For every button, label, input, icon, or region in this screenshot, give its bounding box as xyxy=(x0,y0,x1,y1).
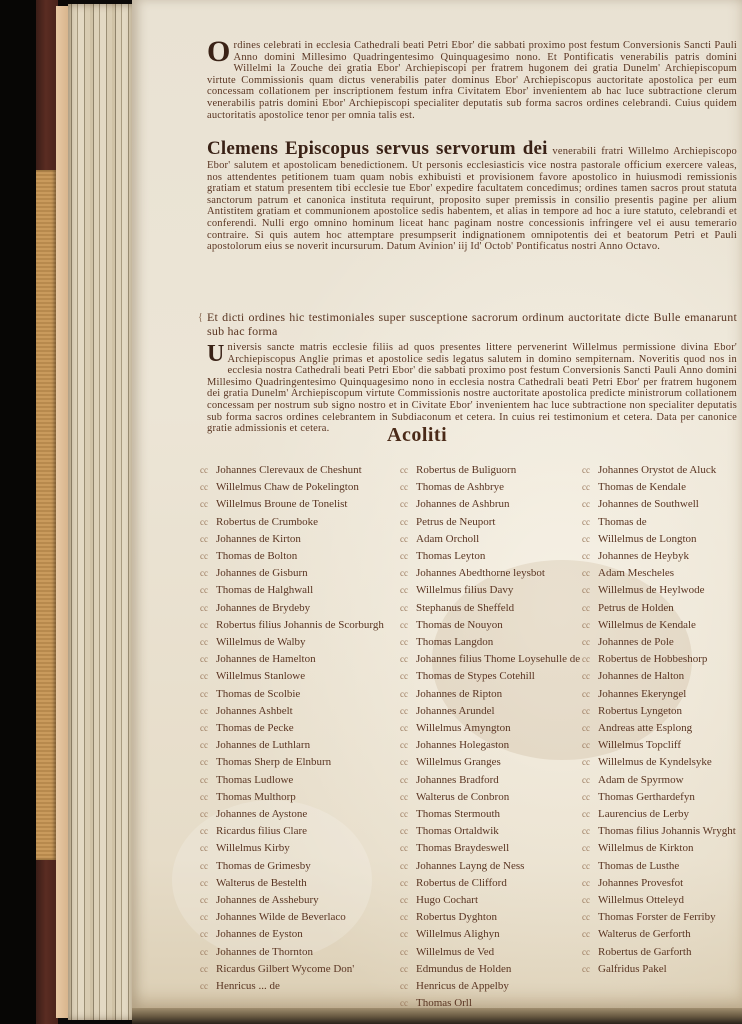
entry-mark-icon: cc xyxy=(200,858,208,875)
acolyte-name-entry: ccJohannes de Luthlarn xyxy=(200,737,385,754)
acolyte-name: Johannes Ashbelt xyxy=(216,705,293,717)
acolyte-name-entry: ccThomas de Halghwall xyxy=(200,582,385,599)
acolyte-name-entry: ccWillelmus de Longton xyxy=(582,531,742,548)
acolyte-name-entry: ccRobertus Lyngeton xyxy=(582,703,742,720)
acolyte-name-entry: ccWillelmus de Heylwode xyxy=(582,582,742,599)
acolyte-name-entry: ccThomas filius Johannis Wryght xyxy=(582,823,742,840)
entry-mark-icon: cc xyxy=(400,840,408,857)
acolyte-name: Thomas de Nouyon xyxy=(416,619,503,631)
acolyte-name: Johannes de Ripton xyxy=(416,688,502,700)
acolyte-name: Thomas Stermouth xyxy=(416,808,500,820)
acolyte-name: Johannes Clerevaux de Cheshunt xyxy=(216,464,362,476)
acoliti-column-3: ccJohannes Orystot de AluckccThomas de K… xyxy=(582,462,742,978)
acolyte-name-entry: ccRobertus de Garforth xyxy=(582,944,742,961)
acolyte-name: Johannes Layng de Ness xyxy=(416,860,524,872)
acolyte-name-entry: ccRobertus filius Johannis de Scorburgh xyxy=(200,617,385,634)
acolyte-name-entry: ccJohannes Bradford xyxy=(400,772,585,789)
entry-mark-icon: cc xyxy=(200,617,208,634)
acolyte-name: Johannes Ekeryngel xyxy=(598,688,686,700)
entry-mark-icon: cc xyxy=(200,840,208,857)
acolyte-name-entry: ccPetrus de Neuport xyxy=(400,514,585,531)
entry-mark-icon: cc xyxy=(200,772,208,789)
acolyte-name-entry: ccJohannes de Eyston xyxy=(200,926,385,943)
acolyte-name: Willelmus de Longton xyxy=(598,533,697,545)
entry-mark-icon: cc xyxy=(200,961,208,978)
acolyte-name: Thomas de Pecke xyxy=(216,722,294,734)
acolyte-name-entry: ccWillelmus Broune de Tonelist xyxy=(200,496,385,513)
acolyte-name: Willelmus Otteleyd xyxy=(598,894,684,906)
acolyte-name: Johannes de Ashbrun xyxy=(416,498,510,510)
acolyte-name-entry: ccJohannes de Heybyk xyxy=(582,548,742,565)
acolyte-name-entry: ccJohannes de Ripton xyxy=(400,686,585,703)
acolyte-name-entry: ccHenricus de Appelby xyxy=(400,978,585,995)
acolyte-name: Willelmus Alighyn xyxy=(416,928,500,940)
entry-mark-icon: cc xyxy=(582,600,590,617)
acolyte-name: Johannes de Luthlarn xyxy=(216,739,310,751)
entry-mark-icon: cc xyxy=(582,703,590,720)
acolyte-name-entry: ccJohannes de Thornton xyxy=(200,944,385,961)
entry-mark-icon: cc xyxy=(400,462,408,479)
acolyte-name: Johannes Bradford xyxy=(416,774,499,786)
photo-background xyxy=(0,0,38,1024)
acolyte-name-entry: ccThomas Ludlowe xyxy=(200,772,385,789)
testimonial-paragraph: Et dicti ordines hic testimoniales super… xyxy=(207,310,737,338)
acolyte-name: Thomas de Lusthe xyxy=(598,860,679,872)
acolyte-name-entry: ccLaurencius de Lerby xyxy=(582,806,742,823)
decorated-initial-o: O xyxy=(207,40,231,64)
entry-mark-icon: cc xyxy=(582,875,590,892)
entry-mark-icon: cc xyxy=(400,720,408,737)
entry-mark-icon: cc xyxy=(582,944,590,961)
entry-mark-icon: cc xyxy=(200,875,208,892)
acolyte-name-entry: ccPetrus de Holden xyxy=(582,600,742,617)
acolyte-name: Thomas Braydeswell xyxy=(416,842,509,854)
bull-opening-words: Clemens Episcopus servus servorum dei xyxy=(207,138,548,159)
acolyte-name: Willelmus Granges xyxy=(416,756,501,768)
acolyte-name: Johannes filius Thome Loysehulle de xyxy=(416,653,580,665)
acolyte-name: Henricus ... de xyxy=(216,980,280,992)
acolyte-name-entry: ccJohannes de Brydeby xyxy=(200,600,385,617)
entry-mark-icon: cc xyxy=(200,565,208,582)
acolyte-name-entry: ccRobertus de Clifford xyxy=(400,875,585,892)
acolyte-name-entry: ccWillelmus Chaw de Pokelington xyxy=(200,479,385,496)
acolyte-name-entry: ccThomas de Stypes Cotehill xyxy=(400,668,585,685)
acolyte-name-entry: ccJohannes Holegaston xyxy=(400,737,585,754)
entry-mark-icon: cc xyxy=(200,686,208,703)
acolyte-name: Willelmus Kirby xyxy=(216,842,290,854)
entry-mark-icon: cc xyxy=(400,651,408,668)
acolyte-name: Willelmus de Kyndelsyke xyxy=(598,756,712,768)
acolyte-name: Thomas de Halghwall xyxy=(216,584,313,596)
acolyte-name-entry: ccThomas de Nouyon xyxy=(400,617,585,634)
acolyte-name-entry: ccThomas Gerthardefyn xyxy=(582,789,742,806)
entry-mark-icon: cc xyxy=(200,651,208,668)
margin-bracket-mark: { xyxy=(198,312,203,323)
entry-mark-icon: cc xyxy=(200,789,208,806)
acolyte-name-entry: ccJohannes Abedthorne leysbot xyxy=(400,565,585,582)
acolyte-name-entry: ccWalterus de Conbron xyxy=(400,789,585,806)
entry-mark-icon: cc xyxy=(200,462,208,479)
acolyte-name: Thomas de Scolbie xyxy=(216,688,300,700)
acolyte-name-entry: ccJohannes Wilde de Beverlaco xyxy=(200,909,385,926)
acolyte-name: Willelmus de Ved xyxy=(416,946,494,958)
acolyte-name: Johannes Arundel xyxy=(416,705,495,717)
entry-mark-icon: cc xyxy=(200,720,208,737)
acolyte-name: Johannes Wilde de Beverlaco xyxy=(216,911,346,923)
entry-mark-icon: cc xyxy=(200,531,208,548)
acolyte-name: Thomas de Stypes Cotehill xyxy=(416,670,535,682)
acoliti-heading: Acoliti xyxy=(387,424,447,447)
acolyte-name-entry: ccJohannes Ashbelt xyxy=(200,703,385,720)
acolyte-name: Robertus de Buliguorn xyxy=(416,464,516,476)
entry-mark-icon: cc xyxy=(582,479,590,496)
acoliti-column-1: ccJohannes Clerevaux de CheshuntccWillel… xyxy=(200,462,385,995)
acolyte-name-entry: ccJohannes de Aystone xyxy=(200,806,385,823)
acolyte-name-entry: ccHenricus ... de xyxy=(200,978,385,995)
acolyte-name: Galfridus Pakel xyxy=(598,963,667,975)
acolyte-name-entry: ccEdmundus de Holden xyxy=(400,961,585,978)
entry-mark-icon: cc xyxy=(400,926,408,943)
acolyte-name-entry: ccThomas de Bolton xyxy=(200,548,385,565)
acolyte-name-entry: ccThomas de Lusthe xyxy=(582,858,742,875)
entry-mark-icon: cc xyxy=(200,479,208,496)
acolyte-name: Adam Mescheles xyxy=(598,567,674,579)
page-edges-stack xyxy=(68,4,134,1020)
acolyte-name: Willelmus de Heylwode xyxy=(598,584,704,596)
acolyte-name-entry: ccWillelmus Alighyn xyxy=(400,926,585,943)
acolyte-name-entry: ccJohannes Provesfot xyxy=(582,875,742,892)
acolyte-name-entry: ccWillelmus de Kirkton xyxy=(582,840,742,857)
acolyte-name-entry: ccRicardus Gilbert Wycome Don' xyxy=(200,961,385,978)
acolyte-name-entry: ccThomas de Pecke xyxy=(200,720,385,737)
acolyte-name-entry: ccJohannes de Asshebury xyxy=(200,892,385,909)
entry-mark-icon: cc xyxy=(400,789,408,806)
acolyte-name: Johannes de Halton xyxy=(598,670,684,682)
acolyte-name: Thomas Sherp de Elnburn xyxy=(216,756,331,768)
acolyte-name-entry: ccJohannes de Hamelton xyxy=(200,651,385,668)
entry-mark-icon: cc xyxy=(400,686,408,703)
acolyte-name-entry: ccWillelmus Topcliff xyxy=(582,737,742,754)
acolyte-name-entry: ccAdam Orcholl xyxy=(400,531,585,548)
acolyte-name: Thomas Ortaldwik xyxy=(416,825,499,837)
acolyte-name: Thomas Orll xyxy=(416,997,472,1009)
entry-mark-icon: cc xyxy=(200,926,208,943)
acolyte-name-entry: ccJohannes Clerevaux de Cheshunt xyxy=(200,462,385,479)
entry-mark-icon: cc xyxy=(200,754,208,771)
acolyte-name-entry: ccJohannes Layng de Ness xyxy=(400,858,585,875)
acolyte-name: Thomas de Ashbrye xyxy=(416,481,504,493)
acolyte-name-entry: ccThomas Multhorp xyxy=(200,789,385,806)
acolyte-name: Robertus filius Johannis de Scorburgh xyxy=(216,619,384,631)
acolyte-name: Walterus de Bestelth xyxy=(216,877,307,889)
entry-mark-icon: cc xyxy=(582,651,590,668)
acolyte-name-entry: ccWalterus de Gerforth xyxy=(582,926,742,943)
acolyte-name-entry: ccJohannes de Southwell xyxy=(582,496,742,513)
entry-mark-icon: cc xyxy=(582,840,590,857)
entry-mark-icon: cc xyxy=(400,634,408,651)
entry-mark-icon: cc xyxy=(400,858,408,875)
entry-mark-icon: cc xyxy=(200,496,208,513)
acolyte-name: Johannes de Brydeby xyxy=(216,602,310,614)
acolyte-name-entry: ccWillelmus Stanlowe xyxy=(200,668,385,685)
acolyte-name-entry: ccThomas Orll xyxy=(400,995,585,1012)
acolyte-name: Johannes de Eyston xyxy=(216,928,303,940)
papal-bull-paragraph: Clemens Episcopus servus servorum dei ve… xyxy=(207,138,737,253)
entry-mark-icon: cc xyxy=(582,514,590,531)
entry-mark-icon: cc xyxy=(582,617,590,634)
entry-mark-icon: cc xyxy=(400,875,408,892)
acolyte-name-entry: ccAdam de Spyrmow xyxy=(582,772,742,789)
acolyte-name-entry: ccThomas Stermouth xyxy=(400,806,585,823)
entry-mark-icon: cc xyxy=(582,582,590,599)
acolyte-name: Johannes de Thornton xyxy=(216,946,313,958)
acolyte-name-entry: ccWillelmus de Ved xyxy=(400,944,585,961)
acolyte-name: Robertus Dyghton xyxy=(416,911,497,923)
acolyte-name: Johannes de Kirton xyxy=(216,533,301,545)
entry-mark-icon: cc xyxy=(582,531,590,548)
acolyte-name: Stephanus de Sheffeld xyxy=(416,602,514,614)
entry-mark-icon: cc xyxy=(582,926,590,943)
acolyte-name-entry: ccJohannes filius Thome Loysehulle de xyxy=(400,651,585,668)
entry-mark-icon: cc xyxy=(200,737,208,754)
acolyte-name-entry: ccWillelmus Kirby xyxy=(200,840,385,857)
acolyte-name: Willelmus Broune de Tonelist xyxy=(216,498,347,510)
acolyte-name-entry: ccJohannes Ekeryngel xyxy=(582,686,742,703)
acolyte-name: Thomas Gerthardefyn xyxy=(598,791,695,803)
acolyte-name-entry: ccWillelmus de Walby xyxy=(200,634,385,651)
acolyte-name-entry: ccRobertus Dyghton xyxy=(400,909,585,926)
acolyte-name: Thomas de Bolton xyxy=(216,550,297,562)
entry-mark-icon: cc xyxy=(582,806,590,823)
entry-mark-icon: cc xyxy=(400,600,408,617)
acolyte-name-entry: ccThomas Ortaldwik xyxy=(400,823,585,840)
entry-mark-icon: cc xyxy=(200,634,208,651)
acolyte-name-entry: ccAdam Mescheles xyxy=(582,565,742,582)
acolyte-name-entry: ccRobertus de Crumboke xyxy=(200,514,385,531)
entry-mark-icon: cc xyxy=(582,496,590,513)
acolyte-name: Edmundus de Holden xyxy=(416,963,511,975)
acolyte-name-entry: ccWillelmus filius Davy xyxy=(400,582,585,599)
acolyte-name: Robertus de Hobbeshorp xyxy=(598,653,707,665)
acolyte-name: Thomas Forster de Ferriby xyxy=(598,911,716,923)
acolyte-name-entry: ccThomas de Grimesby xyxy=(200,858,385,875)
acolyte-name: Johannes Orystot de Aluck xyxy=(598,464,716,476)
acolyte-name: Willelmus de Kirkton xyxy=(598,842,694,854)
acolyte-name-entry: ccThomas Forster de Ferriby xyxy=(582,909,742,926)
entry-mark-icon: cc xyxy=(582,909,590,926)
acolyte-name: Johannes Holegaston xyxy=(416,739,509,751)
acolyte-name-entry: ccJohannes de Gisburn xyxy=(200,565,385,582)
entry-mark-icon: cc xyxy=(400,823,408,840)
entry-mark-icon: cc xyxy=(200,806,208,823)
acolyte-name-entry: ccWillelmus de Kyndelsyke xyxy=(582,754,742,771)
acolyte-name: Adam Orcholl xyxy=(416,533,479,545)
entry-mark-icon: cc xyxy=(200,548,208,565)
acolyte-name-entry: ccAndreas atte Esplong xyxy=(582,720,742,737)
acolyte-name: Johannes de Southwell xyxy=(598,498,699,510)
acolyte-name-entry: ccJohannes Arundel xyxy=(400,703,585,720)
entry-mark-icon: cc xyxy=(200,703,208,720)
entry-mark-icon: cc xyxy=(400,961,408,978)
acolyte-name: Adam de Spyrmow xyxy=(598,774,684,786)
acolyte-name-entry: ccWillelmus Granges xyxy=(400,754,585,771)
testimonial-text: Et dicti ordines hic testimoniales super… xyxy=(207,310,737,338)
acolyte-name-entry: ccRobertus de Hobbeshorp xyxy=(582,651,742,668)
entry-mark-icon: cc xyxy=(400,703,408,720)
entry-mark-icon: cc xyxy=(400,737,408,754)
acolyte-name: Thomas Multhorp xyxy=(216,791,296,803)
testimonial-letter-paragraph: U niversis sancte matris ecclesie filiis… xyxy=(207,342,737,435)
acolyte-name: Petrus de Neuport xyxy=(416,516,495,528)
acolyte-name-entry: ccJohannes Orystot de Aluck xyxy=(582,462,742,479)
entry-mark-icon: cc xyxy=(400,944,408,961)
acolyte-name: Johannes de Pole xyxy=(598,636,674,648)
acolyte-name: Thomas de Kendale xyxy=(598,481,686,493)
entry-mark-icon: cc xyxy=(582,823,590,840)
entry-mark-icon: cc xyxy=(200,582,208,599)
manuscript-page: O rdines celebrati in ecclesia Cathedral… xyxy=(132,0,742,1008)
acolyte-name: Thomas Leyton xyxy=(416,550,485,562)
entry-mark-icon: cc xyxy=(400,978,408,995)
acolyte-name: Johannes Provesfot xyxy=(598,877,683,889)
acolyte-name-entry: ccThomas de Scolbie xyxy=(200,686,385,703)
entry-mark-icon: cc xyxy=(582,720,590,737)
entry-mark-icon: cc xyxy=(200,944,208,961)
acolyte-name: Willelmus de Kendale xyxy=(598,619,696,631)
acolyte-name: Andreas atte Esplong xyxy=(598,722,692,734)
acolyte-name: Thomas Ludlowe xyxy=(216,774,293,786)
entry-mark-icon: cc xyxy=(400,582,408,599)
entry-mark-icon: cc xyxy=(200,978,208,995)
entry-mark-icon: cc xyxy=(400,479,408,496)
acolyte-name-entry: ccThomas de xyxy=(582,514,742,531)
entry-mark-icon: cc xyxy=(582,754,590,771)
entry-mark-icon: cc xyxy=(400,806,408,823)
acolyte-name-entry: ccGalfridus Pakel xyxy=(582,961,742,978)
entry-mark-icon: cc xyxy=(582,772,590,789)
acolyte-name: Robertus Lyngeton xyxy=(598,705,682,717)
acolyte-name-entry: ccJohannes de Halton xyxy=(582,668,742,685)
acolyte-name: Laurencius de Lerby xyxy=(598,808,689,820)
ordination-intro-paragraph: O rdines celebrati in ecclesia Cathedral… xyxy=(207,40,737,121)
acolyte-name: Johannes de Asshebury xyxy=(216,894,319,906)
acolyte-name: Walterus de Gerforth xyxy=(598,928,691,940)
entry-mark-icon: cc xyxy=(582,737,590,754)
acolyte-name: Ricardus Gilbert Wycome Don' xyxy=(216,963,354,975)
entry-mark-icon: cc xyxy=(200,909,208,926)
acolyte-name-entry: ccJohannes de Pole xyxy=(582,634,742,651)
acolyte-name: Walterus de Conbron xyxy=(416,791,509,803)
acolyte-name-entry: ccHugo Cochart xyxy=(400,892,585,909)
acolyte-name: Willelmus de Walby xyxy=(216,636,306,648)
entry-mark-icon: cc xyxy=(582,668,590,685)
acolyte-name: Willelmus filius Davy xyxy=(416,584,513,596)
entry-mark-icon: cc xyxy=(400,909,408,926)
entry-mark-icon: cc xyxy=(582,548,590,565)
entry-mark-icon: cc xyxy=(400,565,408,582)
acolyte-name: Johannes de Aystone xyxy=(216,808,307,820)
entry-mark-icon: cc xyxy=(400,754,408,771)
acolyte-name-entry: ccRicardus filius Clare xyxy=(200,823,385,840)
acolyte-name-entry: ccThomas Braydeswell xyxy=(400,840,585,857)
acolyte-name-entry: ccWillelmus Amyngton xyxy=(400,720,585,737)
acolyte-name-entry: ccRobertus de Buliguorn xyxy=(400,462,585,479)
acolyte-name-entry: ccWillelmus de Kendale xyxy=(582,617,742,634)
acolyte-name: Johannes de Gisburn xyxy=(216,567,308,579)
acolyte-name: Willelmus Amyngton xyxy=(416,722,511,734)
decorated-initial-u: U xyxy=(207,342,225,366)
entry-mark-icon: cc xyxy=(582,565,590,582)
acolyte-name: Robertus de Garforth xyxy=(598,946,691,958)
entry-mark-icon: cc xyxy=(400,892,408,909)
acolyte-name: Johannes Abedthorne leysbot xyxy=(416,567,545,579)
acolyte-name: Thomas de Grimesby xyxy=(216,860,311,872)
entry-mark-icon: cc xyxy=(400,617,408,634)
entry-mark-icon: cc xyxy=(582,789,590,806)
entry-mark-icon: cc xyxy=(582,961,590,978)
acolyte-name-entry: ccWalterus de Bestelth xyxy=(200,875,385,892)
entry-mark-icon: cc xyxy=(200,600,208,617)
entry-mark-icon: cc xyxy=(582,462,590,479)
acolyte-name: Henricus de Appelby xyxy=(416,980,509,992)
cloth-binding-strip xyxy=(36,170,56,860)
acolyte-name-entry: ccThomas Sherp de Elnburn xyxy=(200,754,385,771)
acolyte-name: Thomas filius Johannis Wryght xyxy=(598,825,736,837)
acolyte-name-entry: ccThomas de Kendale xyxy=(582,479,742,496)
acolyte-name-entry: ccThomas de Ashbrye xyxy=(400,479,585,496)
entry-mark-icon: cc xyxy=(400,548,408,565)
acolyte-name-entry: ccJohannes de Kirton xyxy=(200,531,385,548)
acolyte-name-entry: ccThomas Langdon xyxy=(400,634,585,651)
acolyte-name: Willelmus Chaw de Pokelington xyxy=(216,481,359,493)
acolyte-name: Robertus de Clifford xyxy=(416,877,507,889)
entry-mark-icon: cc xyxy=(200,668,208,685)
acolyte-name: Robertus de Crumboke xyxy=(216,516,318,528)
acolyte-name: Thomas de xyxy=(598,516,647,528)
acolyte-name: Johannes de Heybyk xyxy=(598,550,689,562)
acolyte-name: Willelmus Topcliff xyxy=(598,739,681,751)
entry-mark-icon: cc xyxy=(582,892,590,909)
entry-mark-icon: cc xyxy=(400,531,408,548)
acolyte-name-entry: ccWillelmus Otteleyd xyxy=(582,892,742,909)
entry-mark-icon: cc xyxy=(400,514,408,531)
acoliti-column-2: ccRobertus de BuliguornccThomas de Ashbr… xyxy=(400,462,585,1013)
acolyte-name: Thomas Langdon xyxy=(416,636,493,648)
acolyte-name: Hugo Cochart xyxy=(416,894,478,906)
acolyte-name: Ricardus filius Clare xyxy=(216,825,307,837)
letter-text: niversis sancte matris ecclesie filiis a… xyxy=(207,342,737,434)
entry-mark-icon: cc xyxy=(400,496,408,513)
acolyte-name: Petrus de Holden xyxy=(598,602,674,614)
entry-mark-icon: cc xyxy=(200,514,208,531)
bull-text: apostolicam benedictionem. Ut personis e… xyxy=(207,160,737,252)
entry-mark-icon: cc xyxy=(200,823,208,840)
acolyte-name-entry: ccThomas Leyton xyxy=(400,548,585,565)
entry-mark-icon: cc xyxy=(200,892,208,909)
entry-mark-icon: cc xyxy=(582,634,590,651)
acolyte-name-entry: ccStephanus de Sheffeld xyxy=(400,600,585,617)
entry-mark-icon: cc xyxy=(400,772,408,789)
acolyte-name: Willelmus Stanlowe xyxy=(216,670,305,682)
entry-mark-icon: cc xyxy=(582,858,590,875)
entry-mark-icon: cc xyxy=(400,995,408,1012)
entry-mark-icon: cc xyxy=(582,686,590,703)
entry-mark-icon: cc xyxy=(400,668,408,685)
intro-text: rdines celebrati in ecclesia Cathedrali … xyxy=(207,40,737,121)
acolyte-name-entry: ccJohannes de Ashbrun xyxy=(400,496,585,513)
acolyte-name: Johannes de Hamelton xyxy=(216,653,316,665)
